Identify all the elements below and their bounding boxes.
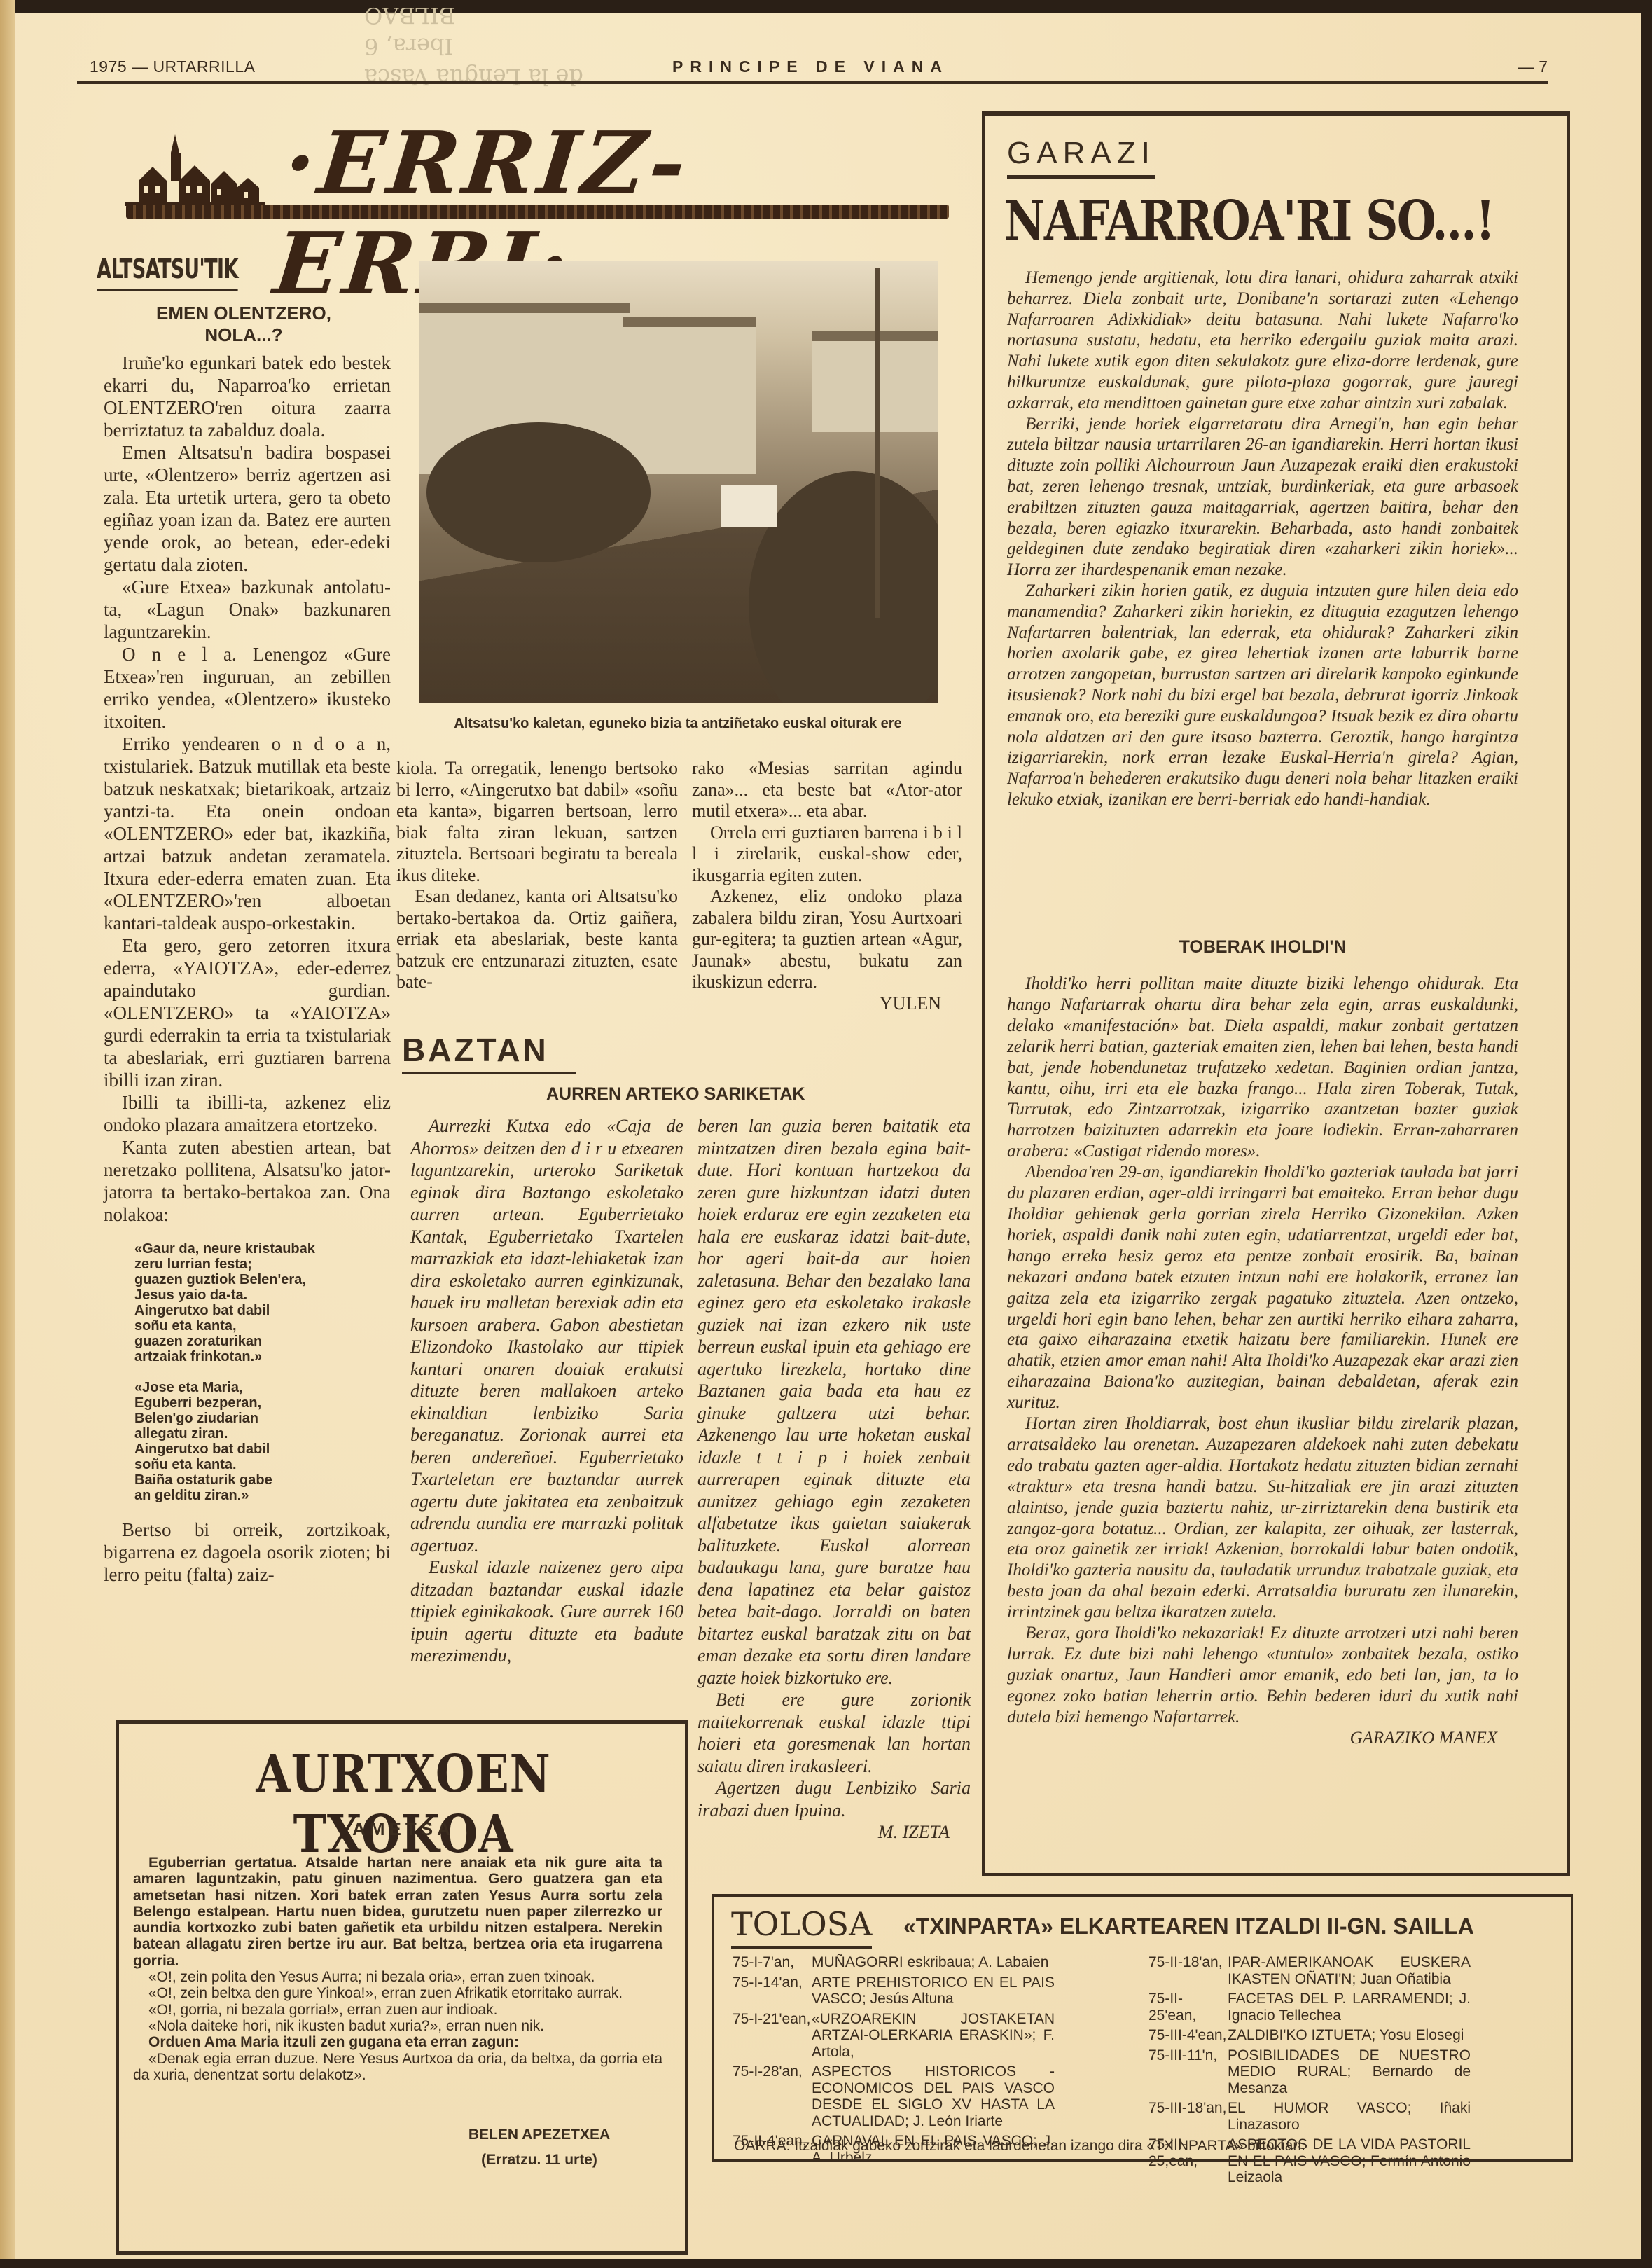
lecture-title: POSIBILIDADES DE NUESTRO MEDIO RURAL; Be… <box>1228 2047 1471 2097</box>
paragraph: Berriki, jende horiek elgarretaratu dira… <box>1007 414 1518 581</box>
song-verse: «Gaur da, neure kristaubak zeru lurrian … <box>134 1241 391 1364</box>
paragraph: «O!, zein polita den Yesus Aurra; ni bez… <box>133 1969 662 1985</box>
author-signature: M. IZETA <box>697 1821 971 1844</box>
paragraph: «O!, gorria, ni bezala gorria!», erran z… <box>133 2002 662 2018</box>
paragraph: Bertso bi orreik, zortzikoak, bigarrena … <box>104 1519 391 1586</box>
lecture-title: ZALDIBI'KO IZTUETA; Yosu Elosegi <box>1228 2027 1471 2044</box>
lecture-date: 75-III-18'an, <box>1148 2100 1228 2133</box>
paragraph: Orrela erri guztiaren barrena i b i l l … <box>692 822 962 887</box>
paragraph: Ibilli ta ibilli-ta, azkenez eliz ondoko… <box>104 1091 391 1136</box>
lecture-date: 75-II-18'an, <box>1148 1954 1228 1987</box>
paragraph: Eta gero, gero zetorren itxura ederra, «… <box>104 934 391 1091</box>
lecture-row: 75-III-4'ean,ZALDIBI'KO IZTUETA; Yosu El… <box>1148 2027 1471 2044</box>
article-column-altsatsu-2: kiola. Ta orregatik, lenengo bertsoko bi… <box>396 758 678 993</box>
running-head: 1975 — URTARRILLA PRINCIPE DE VIANA — 7 <box>77 57 1548 84</box>
paragraph: Azkenez, eliz ondoko plaza zabalera bild… <box>692 886 962 993</box>
story-body-ametsa: Eguberrian gertatua. Atsalde hartan nere… <box>133 1855 662 2083</box>
lecture-date: 75-I-14'an, <box>733 1975 812 2007</box>
paragraph: Beraz, gora Iholdi'ko nekazariak! Ez dit… <box>1007 1623 1518 1728</box>
paragraph: beren lan guzia beren baitatik eta mintz… <box>697 1115 971 1689</box>
section-title-garazi: GARAZI <box>1007 136 1155 179</box>
paragraph: Kanta zuten abestien artean, bat neretza… <box>104 1136 391 1226</box>
publication-title: PRINCIPE DE VIANA <box>672 57 949 76</box>
page-binding-edge <box>0 0 15 2268</box>
paragraph: Agertzen dugu Lenbiziko Saria irabazi du… <box>697 1777 971 1821</box>
story-title-ametsa: AMETSA <box>137 1818 669 1840</box>
paragraph: Euskal idazle naizenez gero aipa ditzada… <box>410 1556 683 1667</box>
issue-date: 1975 — URTARRILLA <box>90 57 255 76</box>
section-title-altsatsu: ALTSATSU'TIK <box>97 254 238 291</box>
lecture-row: 75-II-18'an,IPAR-AMERIKANOAK EUSKERA IKA… <box>1148 1954 1471 1987</box>
article-column-baztan-1: Aurrezki Kutxa edo «Caja de Ahorros» dei… <box>410 1115 683 1667</box>
lecture-date: 75-III-4'ean, <box>1148 2027 1228 2044</box>
photo-trees <box>426 422 651 562</box>
author-signature-block: BELEN APEZETXEA (Erratzu. 11 urte) <box>434 2122 644 2173</box>
photo-bus <box>721 485 777 527</box>
paragraph: Abendoa'ren 29-an, igandiarekin Iholdi'k… <box>1007 1162 1518 1413</box>
paragraph: «Denak egia erran duzue. Nere Yesus Aurt… <box>133 2051 662 2084</box>
article-column-altsatsu-1: Iruñe'ko egunkari batek edo bestek ekarr… <box>104 352 391 1586</box>
paragraph: Emen Altsatsu'n badira bospasei urte, «O… <box>104 441 391 576</box>
paragraph: «O!, zein beltxa den gure Yinkoa!», erra… <box>133 1985 662 2001</box>
lecture-row: 75-I-7'an,MUÑAGORRI eskribaua; A. Labaie… <box>733 1954 1055 1971</box>
lecture-date: 75-III-11'n, <box>1148 2047 1228 2097</box>
lecture-note: OARRA: Itzaldiak gabeko zortzirak eta la… <box>734 2138 1560 2155</box>
headline-nafarroari-so: NAFARROA'RI SO...! <box>1004 189 1458 253</box>
paragraph: «Gure Etxea» bazkunak antolatu-ta, «Lagu… <box>104 576 391 643</box>
author-name: BELEN APEZETXEA <box>434 2122 644 2148</box>
paragraph: kiola. Ta orregatik, lenengo bertsoko bi… <box>396 758 678 886</box>
lecture-date: 75-I-21'ean, <box>733 2011 812 2061</box>
paragraph: O n e l a. Lenengoz «Gure Etxea»'ren ing… <box>104 643 391 733</box>
lecture-date: 75-II-25'ean, <box>1148 1991 1228 2024</box>
section-masthead: ·ERRIZ-ERRI· <box>112 112 945 224</box>
paragraph: Orduen Ama Maria itzuli zen gugana eta e… <box>133 2034 662 2050</box>
headline-txinparta: «TXINPARTA» ELKARTEAREN ITZALDI II-GN. S… <box>903 1914 1474 1939</box>
headline-line: EMEN OLENTZERO, <box>97 303 391 324</box>
paragraph: Beti ere gure zorionik maitekorrenak eus… <box>697 1689 971 1777</box>
article-body-toberak: Iholdi'ko herri pollitan maite dituzte b… <box>1007 974 1518 1749</box>
paragraph: Esan dedanez, kanta ori Altsatsu'ko bert… <box>396 886 678 993</box>
section-title-tolosa: TOLOSA <box>731 1905 872 1949</box>
paragraph: Erriko yendearen o n d o a n, txistulari… <box>104 733 391 934</box>
lecture-title: FACETAS DEL P. LARRAMENDI; J. Ignacio Te… <box>1228 1991 1471 2024</box>
lecture-row: 75-I-14'an,ARTE PREHISTORICO EN EL PAIS … <box>733 1975 1055 2007</box>
paragraph: Iholdi'ko herri pollitan maite dituzte b… <box>1007 974 1518 1162</box>
stamp-line: BILBAO <box>364 0 583 31</box>
paragraph: rako «Mesias sarritan agindu zana»... et… <box>692 758 962 822</box>
village-church-icon <box>125 132 265 209</box>
masthead-fringe-rule <box>126 205 949 219</box>
paragraph: Eguberrian gertatua. Atsalde hartan nere… <box>133 1855 662 1969</box>
lecture-title: «URZOAREKIN JOSTAKETAN ARTZAI-OLERKARIA … <box>812 2011 1055 2061</box>
paragraph: Aurrezki Kutxa edo «Caja de Ahorros» dei… <box>410 1115 683 1556</box>
scan-bottom-edge <box>0 2259 1652 2268</box>
lecture-date: 75-I-28'an, <box>733 2063 812 2129</box>
photo-caption: Altsatsu'ko kaletan, eguneko bizia ta an… <box>419 716 937 732</box>
photo-pole <box>875 268 880 618</box>
lecture-date: 75-I-7'an, <box>733 1954 812 1971</box>
author-note: (Erratzu. 11 urte) <box>434 2148 644 2173</box>
headline-olentzero: EMEN OLENTZERO, NOLA...? <box>97 303 391 346</box>
paragraph: «Nola daiteke hori, nik ikusten badut xu… <box>133 2018 662 2034</box>
paragraph: Iruñe'ko egunkari batek edo bestek ekarr… <box>104 352 391 441</box>
headline-sariketak: AURREN ARTEKO SARIKETAK <box>546 1084 805 1105</box>
lecture-title: ARTE PREHISTORICO EN EL PAIS VASCO; Jesú… <box>812 1975 1055 2007</box>
lecture-title: EL HUMOR VASCO; Iñaki Linazasoro <box>1228 2100 1471 2133</box>
lecture-list-left: 75-I-7'an,MUÑAGORRI eskribaua; A. Labaie… <box>733 1954 1055 2169</box>
paragraph: Hortan ziren Iholdiarrak, bost ehun ikus… <box>1007 1413 1518 1623</box>
photo-trees <box>749 471 938 703</box>
author-signature: GARAZIKO MANEX <box>1007 1728 1518 1749</box>
article-body-garazi: Hemengo jende argitienak, lotu dira lana… <box>1007 268 1518 810</box>
lecture-row: 75-I-21'ean,«URZOAREKIN JOSTAKETAN ARTZA… <box>733 2011 1055 2061</box>
section-title-aurtxoen-txokoa: AURTXOEN TXOKOA <box>174 1744 632 1865</box>
lecture-title: ASPECTOS HISTORICOS - ECONOMICOS DEL PAI… <box>812 2063 1055 2129</box>
lecture-row: 75-I-28'an,ASPECTOS HISTORICOS - ECONOMI… <box>733 2063 1055 2129</box>
article-column-baztan-2: beren lan guzia beren baitatik eta mintz… <box>697 1115 971 1844</box>
lecture-title: MUÑAGORRI eskribaua; A. Labaien <box>812 1954 1055 1971</box>
lecture-row: 75-III-11'n,POSIBILIDADES DE NUESTRO MED… <box>1148 2047 1471 2097</box>
section-title-baztan: BAZTAN <box>402 1031 576 1074</box>
paragraph: Hemengo jende argitienak, lotu dira lana… <box>1007 268 1518 414</box>
song-verse: «Jose eta Maria, Eguberri bezperan, Bele… <box>134 1380 391 1503</box>
article-column-altsatsu-3: rako «Mesias sarritan agindu zana»... et… <box>692 758 962 1014</box>
lecture-row: 75-II-25'ean,FACETAS DEL P. LARRAMENDI; … <box>1148 1991 1471 2024</box>
page-number: — 7 <box>1518 57 1548 76</box>
subheadline-toberak: TOBERAK IHOLDI'N <box>1007 937 1518 957</box>
lecture-row: 75-III-18'an,EL HUMOR VASCO; Iñaki Linaz… <box>1148 2100 1471 2133</box>
lecture-title: IPAR-AMERIKANOAK EUSKERA IKASTEN OÑATI'N… <box>1228 1954 1471 1987</box>
headline-line: NOLA...? <box>97 324 391 346</box>
paragraph: Zaharkeri zikin horien gatik, ez duguia … <box>1007 581 1518 810</box>
photo-building <box>623 317 756 474</box>
street-photo-altsatsu <box>419 261 938 703</box>
author-signature: YULEN <box>692 993 962 1015</box>
